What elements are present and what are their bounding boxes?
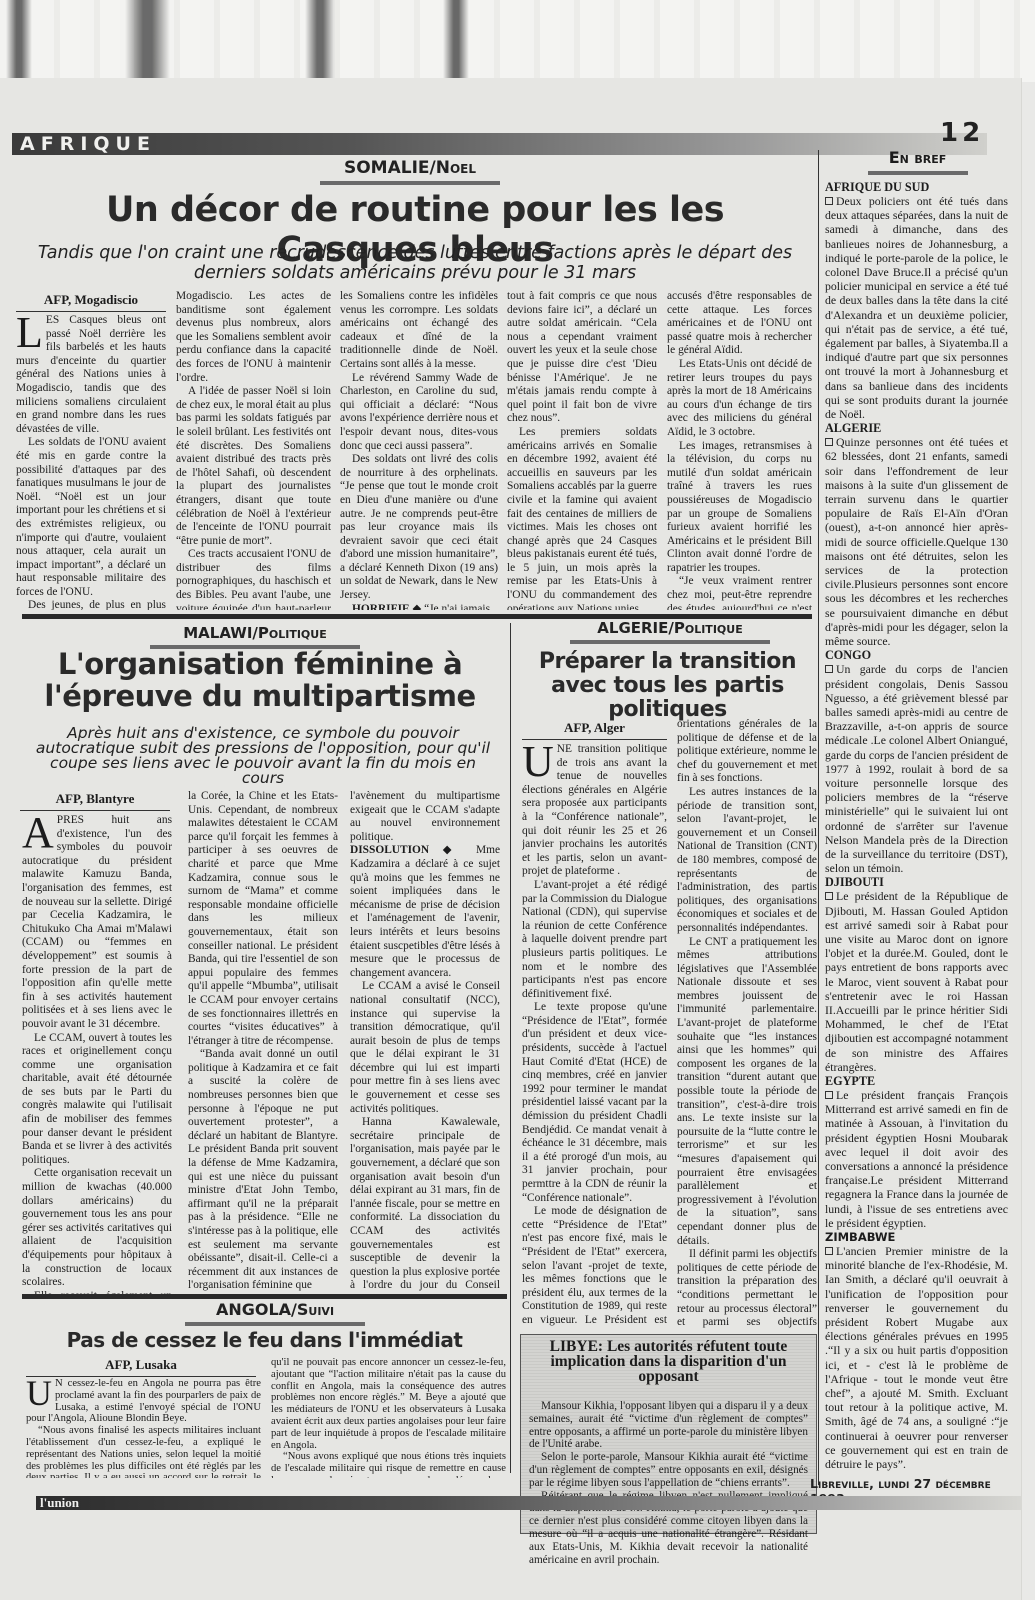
paragraph: “Je n'ai jamais xyxy=(424,603,490,610)
paragraph: Les premiers soldats américains arrivés … xyxy=(507,426,657,610)
kicker-text: ANGOLA/Suivi xyxy=(216,1300,334,1319)
malawi-headline: L'organisation féminine à l'épreuve du m… xyxy=(30,648,490,712)
scanner-shadow xyxy=(305,0,335,80)
brief-country: ALGERIE xyxy=(825,421,1008,435)
kicker-underline xyxy=(570,640,770,644)
en-bref-title: En bref xyxy=(889,148,947,167)
dropcap: A xyxy=(22,815,54,851)
brief-item: ZIMBABWE L'ancien Premier ministre de la… xyxy=(825,1230,1008,1471)
paragraph: Les autres instances de la période de tr… xyxy=(677,786,817,936)
somalie-deck: Tandis que l'on craint une recrudescence… xyxy=(20,243,810,283)
paragraph: Des jeunes, de plus en plus nombreux, ar… xyxy=(16,599,166,610)
kicker-underline xyxy=(320,181,500,185)
somalie-column-2: Mogadiscio. Les actes de banditisme sont… xyxy=(176,290,331,610)
brief-item: AFRIQUE DU SUD Deux policiers ont été tu… xyxy=(825,180,1008,421)
paragraph: Selon le porte-parole, Mansour Kikhia au… xyxy=(529,1451,808,1489)
checkbox-bullet-icon xyxy=(825,1091,833,1099)
page-number: 12 xyxy=(940,118,984,148)
algerie-byline: AFP, Alger xyxy=(522,720,667,740)
paragraph: Le révérend Sammy Wade de Charleston, en… xyxy=(340,372,498,454)
paragraph: Les Etats-Unis ont décidé de retirer leu… xyxy=(667,358,812,440)
paragraph: Mogadiscio. Les actes de banditisme sont… xyxy=(176,290,331,385)
kicker-text: MALAWI/Politique xyxy=(183,624,326,642)
algerie-headline: Préparer la transition avec tous les par… xyxy=(515,650,820,722)
somalie-column-4: tout à fait compris ce que nous devions … xyxy=(507,290,657,610)
somalie-byline: AFP, Mogadiscio xyxy=(16,292,166,312)
angola-headline: Pas de cessez le feu dans l'immédiat xyxy=(22,1328,507,1352)
paragraph: L'avant-projet a été rédigé par la Commi… xyxy=(522,879,667,1001)
paragraph: Les soldats de l'ONU avaient été mis en … xyxy=(16,436,166,599)
brief-text: L'ancien Premier ministre de la minorité… xyxy=(825,1244,1008,1471)
paragraph: Le mode de désignation de cette “Préside… xyxy=(522,1205,667,1329)
malawi-column-3: l'avènement du multipartisme exigeait qu… xyxy=(350,790,500,1294)
libye-body: Mansour Kikhia, l'opposant libyen qui a … xyxy=(529,1400,808,1566)
scanner-backdrop xyxy=(0,0,1035,82)
footer-band xyxy=(36,1496,1022,1510)
paragraph: Ces tracts accusaient l'ONU de distribue… xyxy=(176,548,331,610)
brief-item: EGYPTE Le président français François Mi… xyxy=(825,1074,1008,1230)
paragraph: Des soldats ont livré des colis de nourr… xyxy=(340,453,498,603)
malawi-deck: Après huit ans d'existence, ce symbole d… xyxy=(28,726,498,786)
paragraph: “Nous avons expliqué que nous étions trè… xyxy=(271,1451,506,1478)
paragraph: l'avènement du multipartisme exigeait qu… xyxy=(350,790,500,844)
kicker-underline xyxy=(868,171,968,175)
angola-kicker: ANGOLA/Suivi xyxy=(185,1300,365,1326)
somalie-column-5: accusés d'être responsables de cette att… xyxy=(667,290,812,610)
paragraph: orientations générales de la politique d… xyxy=(677,718,817,786)
brief-text: Le président de la République de Djibout… xyxy=(825,889,1008,1073)
angola-byline: AFP, Lusaka xyxy=(26,1357,256,1377)
malawi-column-1: APRES huit ans d'existence, l'un des sym… xyxy=(22,814,172,1294)
kicker-underline xyxy=(185,1322,365,1326)
paragraph: N cessez-le-feu en Angola ne pourra pas … xyxy=(26,1378,261,1424)
paragraph: accusés d'être responsables de cette att… xyxy=(667,290,812,358)
brief-text: Quinze personnes ont été tuées et 62 ble… xyxy=(825,435,1008,648)
paragraph: “Nous avons finalisé les aspects militai… xyxy=(26,1425,261,1478)
malawi-column-2: la Corée, la Chine et les Etats-Unis. Ce… xyxy=(188,790,338,1294)
brief-country: EGYPTE xyxy=(825,1074,1008,1088)
dropcap: U xyxy=(522,744,554,780)
brief-country: CONGO xyxy=(825,648,1008,662)
checkbox-bullet-icon xyxy=(825,1247,833,1255)
algerie-kicker: ALGERIE/Politique xyxy=(570,619,770,644)
en-bref-header: En bref xyxy=(830,148,1005,175)
paragraph: Mme Kadzamira a déclaré à ce sujet qu'à … xyxy=(350,844,500,978)
scanner-shadow xyxy=(125,0,170,80)
brief-item: ALGERIE Quinze personnes ont été tuées e… xyxy=(825,421,1008,648)
checkbox-bullet-icon xyxy=(825,892,833,900)
angola-column-2: qu'il ne pouvait pas encore annoncer un … xyxy=(271,1357,506,1478)
paragraph: les Somaliens contre les infidèles venus… xyxy=(340,290,498,372)
column-divider xyxy=(510,623,511,1473)
sidebar-divider xyxy=(818,150,819,1485)
paragraph: la Corée, la Chine et les Etats-Unis. Ce… xyxy=(188,790,338,1048)
paragraph: Le CCAM, ouvert à toutes les races et or… xyxy=(22,1032,172,1168)
brief-country: ZIMBABWE xyxy=(825,1230,1008,1244)
checkbox-bullet-icon xyxy=(825,197,833,205)
paragraph: Le CNT a pratiquement les mêmes attribut… xyxy=(677,936,817,1249)
somalie-column-1: LES Casques bleus ont passé Noël derrièr… xyxy=(16,314,166,610)
somalie-kicker: SOMALIE/Noel xyxy=(320,158,500,185)
algerie-column-2: orientations générales de la politique d… xyxy=(677,718,817,1328)
brief-country: DJIBOUTI xyxy=(825,875,1008,889)
checkbox-bullet-icon xyxy=(825,665,833,673)
scanner-shadow xyxy=(6,0,32,80)
paragraph: Le texte propose qu'une “Présidence de l… xyxy=(522,1001,667,1205)
paragraph: qu'il ne pouvait pas encore annoncer un … xyxy=(271,1357,506,1451)
kicker-text: SOMALIE/Noel xyxy=(344,158,476,178)
libye-headline: LIBYE: Les autorités réfutent toute impl… xyxy=(529,1339,808,1384)
malawi-byline: AFP, Blantyre xyxy=(20,791,170,811)
brief-item: DJIBOUTI Le président de la République d… xyxy=(825,875,1008,1074)
paragraph: “Je veux vraiment rentrer chez moi, peut… xyxy=(667,575,812,610)
dropcap: L xyxy=(16,315,43,351)
paragraph: tout à fait compris ce que nous devions … xyxy=(507,290,657,426)
newspaper-brand: l'union xyxy=(40,1495,79,1511)
paragraph: Cette organisation recevait un million d… xyxy=(22,1167,172,1289)
algerie-column-1: UNE transition politique de trois ans av… xyxy=(522,743,667,1329)
paragraph: Les images, retransmises à la télévision… xyxy=(667,440,812,576)
paragraph: “Banda avait donné un outil politique à … xyxy=(188,1048,338,1293)
en-bref-list: AFRIQUE DU SUD Deux policiers ont été tu… xyxy=(825,180,1008,1471)
section-name: AFRIQUE xyxy=(14,133,162,155)
scanner-shadow xyxy=(443,0,469,80)
dropcap: U xyxy=(26,1379,52,1407)
section-divider xyxy=(22,1294,507,1299)
paragraph: Le CCAM a avisé le Conseil national cons… xyxy=(350,980,500,1116)
malawi-kicker: MALAWI/Politique xyxy=(150,624,360,649)
brief-text: Deux policiers ont été tués dans deux at… xyxy=(825,194,1008,421)
subhead-label: HORRIFIE ◆ xyxy=(352,603,421,610)
brief-text: Un garde du corps de l'ancien président … xyxy=(825,662,1008,875)
newspaper-page: AFRIQUE 12 SOMALIE/Noel Un décor de rout… xyxy=(0,78,1022,1600)
paragraph: Il définit parmi les objectifs politique… xyxy=(677,1248,817,1328)
paragraph: Hanna Kawalewale, secrétaire principale … xyxy=(350,1116,500,1294)
brief-country: AFRIQUE DU SUD xyxy=(825,180,1008,194)
somalie-column-3: les Somaliens contre les infidèles venus… xyxy=(340,290,498,610)
angola-column-1: UN cessez-le-feu en Angola ne pourra pas… xyxy=(26,1378,261,1478)
kicker-text: ALGERIE/Politique xyxy=(597,619,742,637)
paragraph: Mansour Kikhia, l'opposant libyen qui a … xyxy=(529,1400,808,1451)
brief-item: CONGO Un garde du corps de l'ancien prés… xyxy=(825,648,1008,875)
brief-text: Le président français François Mitterran… xyxy=(825,1088,1008,1230)
checkbox-bullet-icon xyxy=(825,438,833,446)
subhead-label: DISSOLUTION ◆ xyxy=(350,844,462,856)
paragraph: A l'idée de passer Noël si loin de chez … xyxy=(176,385,331,548)
